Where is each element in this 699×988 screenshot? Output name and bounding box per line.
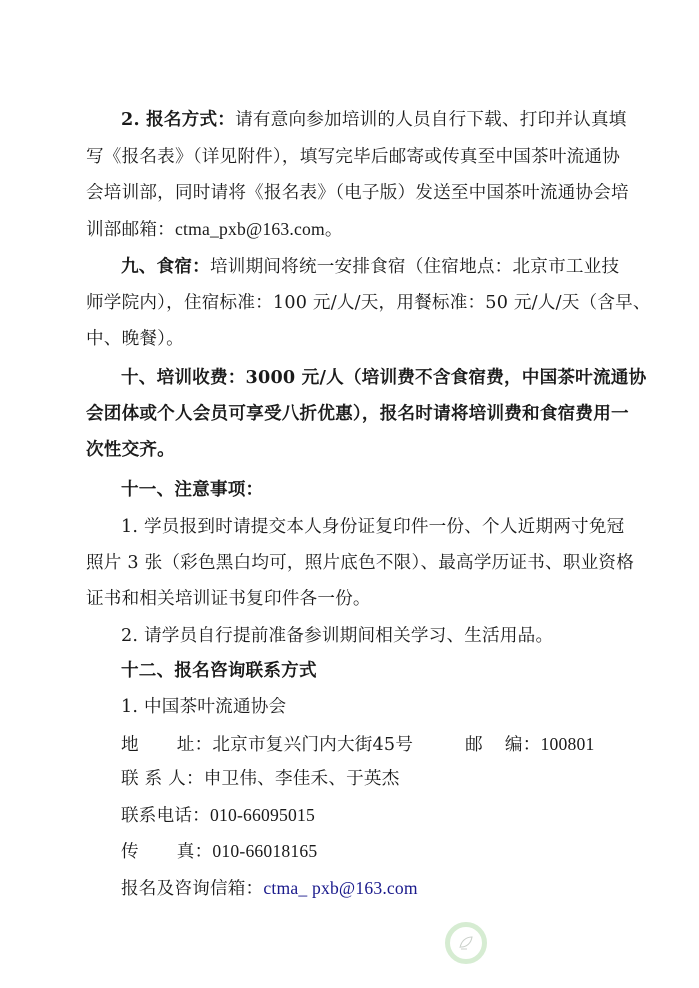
email-label: 报名及咨询信箱： [121, 879, 263, 899]
registration-line-1: 2. 报名方式：请有意向参加培训的人员自行下载、打印并认真填 [121, 108, 618, 132]
registration-email-suffix: 。 [325, 220, 343, 240]
section-9-label: 九、食宿： [121, 256, 210, 277]
section-11-item-1-line-1: 1. 学员报到时请提交本人身份证复印件一份、个人近期两寸免冠 [121, 515, 618, 539]
registration-text-1: 请有意向参加培训的人员自行下载、打印并认真填 [235, 110, 626, 130]
section-10-line-1: 十、培训收费：3000 元/人（培训费不含食宿费，中国茶叶流通协 [121, 366, 618, 390]
section-10-line-2: 会团体或个人会员可享受八折优惠），报名时请将培训费和食宿费用一 [86, 402, 618, 426]
section-10-line-3: 次性交齐。 [86, 438, 618, 462]
registration-email[interactable]: ctma_pxb@163.com [175, 219, 325, 239]
registration-line-4: 训部邮箱：ctma_pxb@163.com。 [86, 217, 618, 242]
registration-email-prefix: 训部邮箱： [86, 220, 175, 240]
section-11-item-2: 2. 请学员自行提前准备参训期间相关学习、生活用品。 [121, 624, 618, 648]
leaf-icon [458, 935, 474, 951]
fax-label-a: 传 [121, 842, 139, 862]
section-9-line-3: 中、晚餐）。 [86, 327, 618, 351]
contact-org: 1. 中国茶叶流通协会 [121, 695, 618, 719]
section-9-line-1: 九、食宿：培训期间将统一安排食宿（住宿地点：北京市工业技 [121, 255, 618, 279]
postcode-label-a: 邮 [465, 735, 483, 755]
postcode-label-b: 编： [505, 735, 541, 755]
section-11-item-1-line-2: 照片 3 张（彩色黑白均可，照片底色不限）、最高学历证书、职业资格 [86, 551, 618, 575]
address-label-a: 地 [121, 735, 139, 755]
postcode-value: 100801 [541, 734, 595, 754]
contact-address-row: 地址：北京市复兴门内大街45号邮编：100801 [121, 732, 618, 757]
address-label-b: 址： [177, 735, 213, 755]
document-page: 2. 报名方式：请有意向参加培训的人员自行下载、打印并认真填 写《报名表》（详见… [0, 0, 699, 988]
contact-value: 申卫伟、李佳禾、于英杰 [204, 769, 400, 789]
section-11-item-1-line-3: 证书和相关培训证书复印件各一份。 [86, 587, 618, 611]
address-value: 北京市复兴门内大街45号 [212, 735, 413, 755]
phone-value: 010-66095015 [210, 805, 315, 825]
section-11-title: 十一、注意事项： [121, 478, 618, 502]
contact-phone-row: 联系电话：010-66095015 [121, 803, 618, 828]
fax-label-b: 真： [177, 842, 213, 862]
contact-label: 联 系 人： [121, 769, 204, 789]
registration-label: 2. 报名方式： [121, 109, 235, 130]
registration-line-3: 会培训部，同时请将《报名表》（电子版）发送至中国茶叶流通协会培 [86, 181, 618, 205]
contact-email-row: 报名及咨询信箱：ctma_ pxb@163.com [121, 876, 618, 901]
registration-line-2: 写《报名表》（详见附件），填写完毕后邮寄或传真至中国茶叶流通协 [86, 145, 618, 169]
contact-fax-row: 传真：010-66018165 [121, 839, 618, 864]
fax-value: 010-66018165 [212, 841, 317, 861]
section-9-line-2: 师学院内），住宿标准：100 元/人/天，用餐标准：50 元/人/天（含早、 [86, 291, 618, 315]
section-9-text-1: 培训期间将统一安排食宿（住宿地点：北京市工业技 [210, 257, 619, 277]
email-link[interactable]: ctma_ pxb@163.com [263, 878, 417, 898]
tea-leaf-logo-icon [445, 922, 487, 964]
section-12-title: 十二、报名咨询联系方式 [121, 659, 618, 683]
phone-label: 联系电话： [121, 806, 210, 826]
contact-person-row: 联 系 人：申卫伟、李佳禾、于英杰 [121, 767, 618, 791]
